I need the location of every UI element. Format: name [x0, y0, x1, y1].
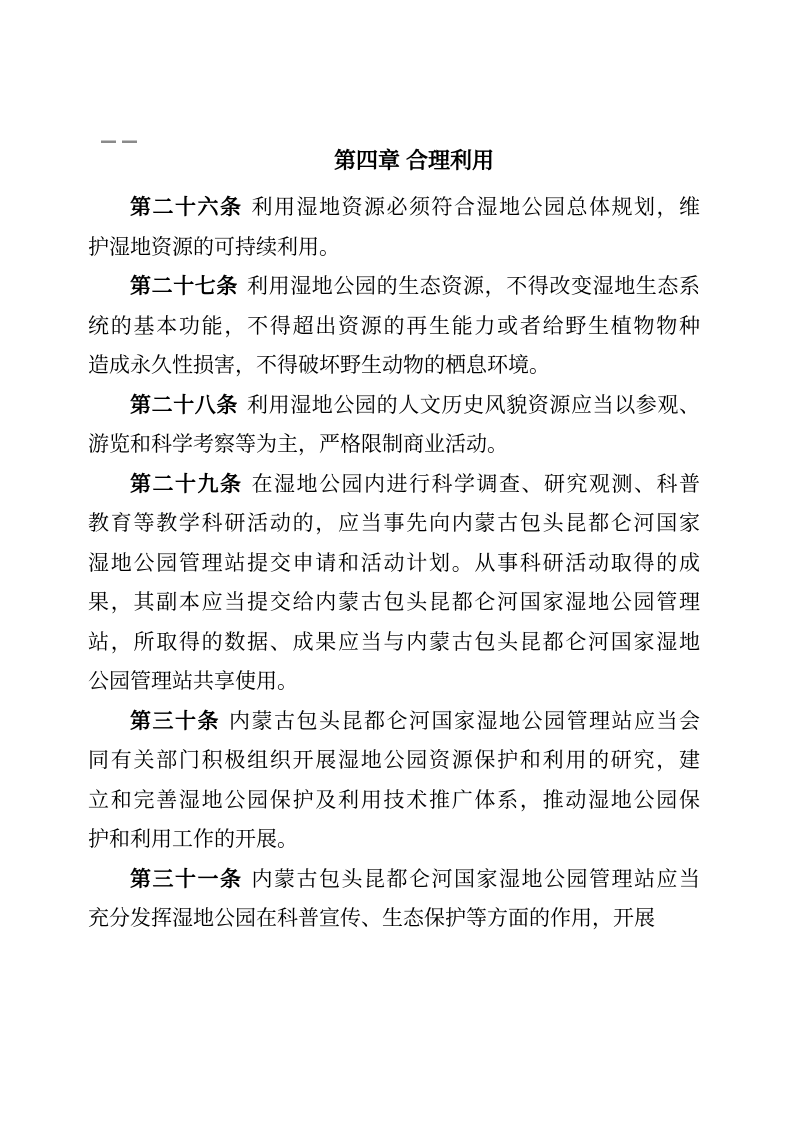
article-31: 第三十一条内蒙古包头昆都仑河国家湿地公园管理站应当充分发挥湿地公园在科普宣传、生…: [88, 860, 700, 939]
text-line: 第三十条内蒙古包头昆都仑河国家湿地公园管理站应当会: [88, 702, 700, 742]
text-line: 公园管理站共享使用。: [88, 662, 700, 702]
text-line: 护湿地资源的可持续利用。: [88, 228, 700, 268]
text-line: 同有关部门积极组织开展湿地公园资源保护和利用的研究，建: [88, 741, 700, 781]
text-line: 第二十九条在湿地公园内进行科学调查、研究观测、科普: [88, 465, 700, 505]
document-page: 第四章 合理利用 第二十六条利用湿地资源必须符合湿地公园总体规划，维护湿地资源的…: [0, 0, 793, 1122]
text-line: 果，其副本应当提交给内蒙古包头昆都仑河国家湿地公园管理: [88, 583, 700, 623]
article-27: 第二十七条利用湿地公园的生态资源，不得改变湿地生态系统的基本功能，不得超出资源的…: [88, 267, 700, 386]
text-line: 立和完善湿地公园保护及利用技术推广体系，推动湿地公园保: [88, 781, 700, 821]
text-line: 教育等教学科研活动的，应当事先向内蒙古包头昆都仑河国家: [88, 504, 700, 544]
text-line: 护和利用工作的开展。: [88, 820, 700, 860]
article-28: 第二十八条利用湿地公园的人文历史风貌资源应当以参观、游览和科学考察等为主，严格限…: [88, 386, 700, 465]
document-body: 第二十六条利用湿地资源必须符合湿地公园总体规划，维护湿地资源的可持续利用。第二十…: [88, 188, 700, 939]
text-line: 造成永久性损害，不得破坏野生动物的栖息环境。: [88, 346, 700, 386]
article-number: 第三十条: [130, 710, 220, 733]
article-26: 第二十六条利用湿地资源必须符合湿地公园总体规划，维护湿地资源的可持续利用。: [88, 188, 700, 267]
document-content: 第四章 合理利用 第二十六条利用湿地资源必须符合湿地公园总体规划，维护湿地资源的…: [88, 142, 700, 939]
text-line: 站，所取得的数据、成果应当与内蒙古包头昆都仑河国家湿地: [88, 623, 700, 663]
text-line: 统的基本功能，不得超出资源的再生能力或者给野生植物物种: [88, 307, 700, 347]
article-number: 第二十六条: [130, 196, 243, 219]
article-29: 第二十九条在湿地公园内进行科学调查、研究观测、科普教育等教学科研活动的，应当事先…: [88, 465, 700, 702]
text-line: 第二十八条利用湿地公园的人文历史风貌资源应当以参观、: [88, 386, 700, 426]
chapter-title: 第四章 合理利用: [88, 142, 700, 180]
article-number: 第三十一条: [130, 868, 243, 891]
article-number: 第二十八条: [130, 394, 238, 417]
text-line: 湿地公园管理站提交申请和活动计划。从事科研活动取得的成: [88, 544, 700, 584]
article-number: 第二十七条: [130, 275, 238, 298]
article-number: 第二十九条: [130, 473, 243, 496]
article-30: 第三十条内蒙古包头昆都仑河国家湿地公园管理站应当会同有关部门积极组织开展湿地公园…: [88, 702, 700, 860]
text-line: 第三十一条内蒙古包头昆都仑河国家湿地公园管理站应当: [88, 860, 700, 900]
text-line: 充分发挥湿地公园在科普宣传、生态保护等方面的作用，开展: [88, 899, 700, 939]
text-line: 游览和科学考察等为主，严格限制商业活动。: [88, 425, 700, 465]
text-line: 第二十七条利用湿地公园的生态资源，不得改变湿地生态系: [88, 267, 700, 307]
text-line: 第二十六条利用湿地资源必须符合湿地公园总体规划，维: [88, 188, 700, 228]
